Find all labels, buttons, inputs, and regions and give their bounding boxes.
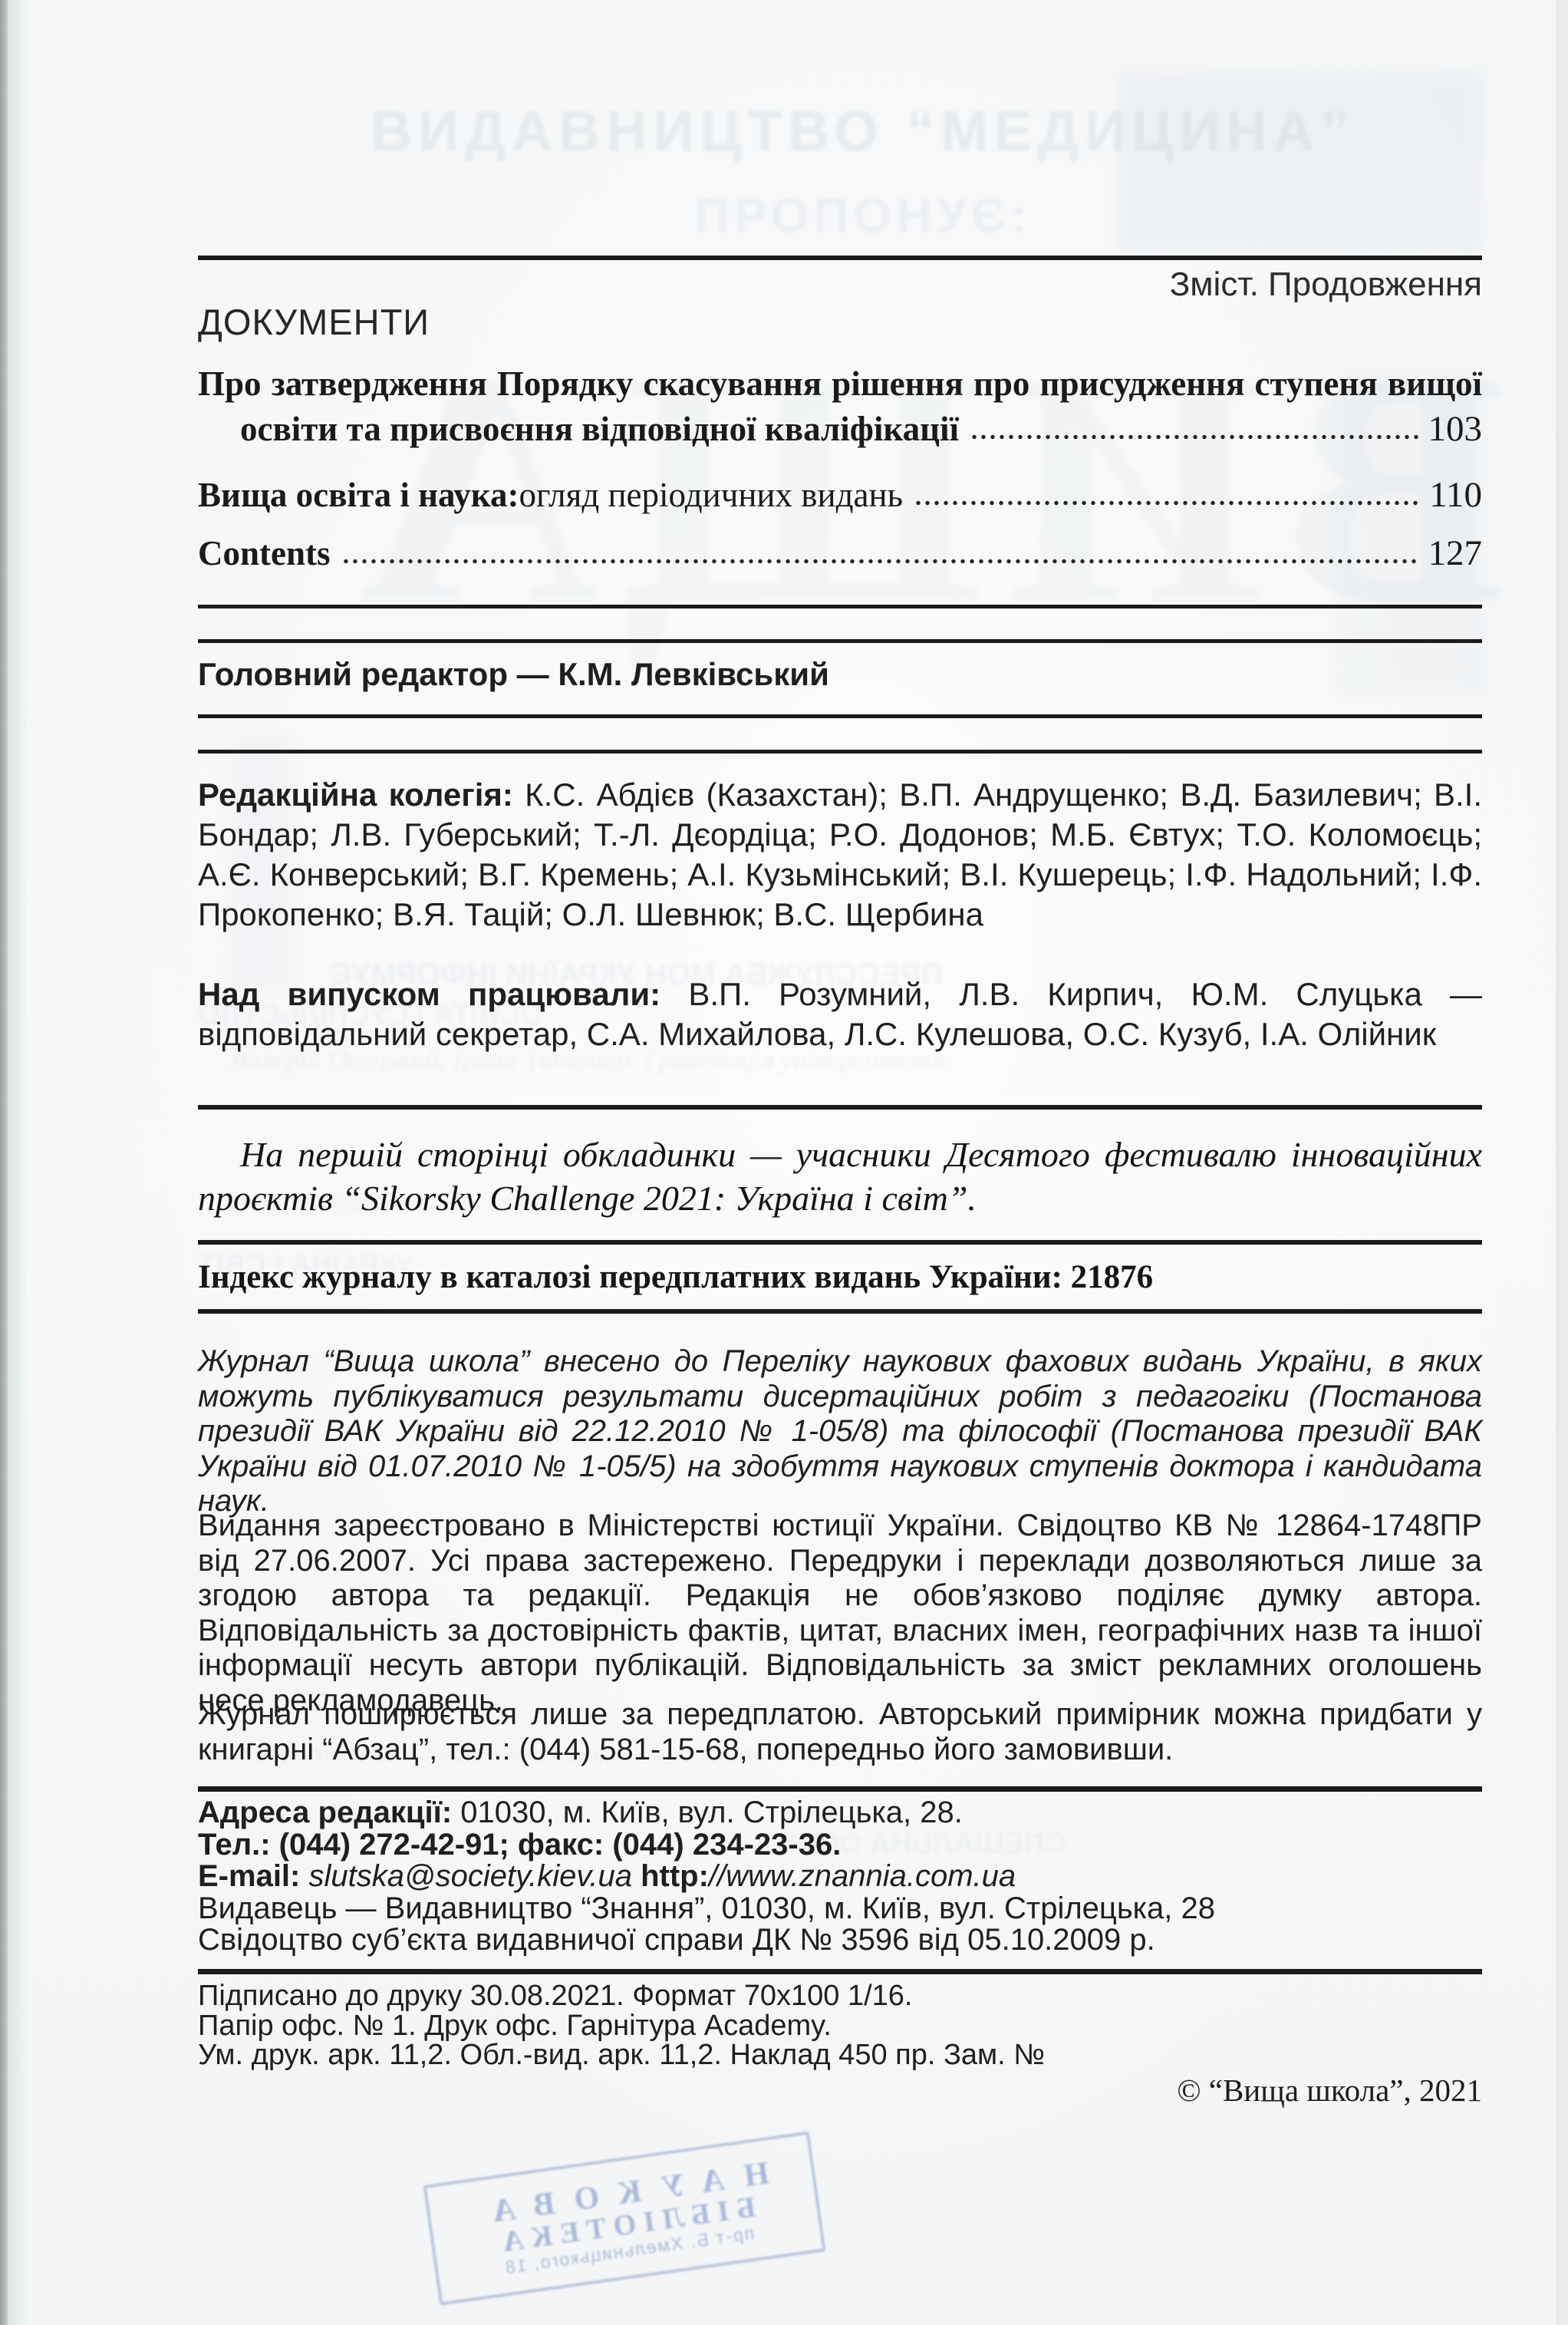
issue-staff-paragraph: Над випуском працювали: В.П. Розумний, Л… [198,975,1482,1054]
stamp-line-2: БІБЛІОТЕКА [476,2190,776,2262]
editorial-board-label: Редакційна колегія: [198,777,513,813]
phone-fax-value: Тел.: (044) 272-42-91; факс: (044) 234-2… [198,1828,841,1862]
cover-note: На першій сторінці обкладинки — учасники… [198,1133,1482,1220]
divider-rule [198,605,1482,608]
toc-continuation-label: Зміст. Продовження [198,265,1482,304]
copyright-line: © “Вища школа”, 2021 [198,2072,1482,2109]
contacts-block: Адреса редакції: 01030, м. Київ, вул. Ст… [198,1797,1482,1957]
toc-entry-1-line-1: Про затвердження Порядку скасування ріше… [198,364,1482,404]
issue-staff-label: Над випуском працювали: [198,976,660,1012]
divider-rule [198,1969,1482,1974]
website-url: //www.znannia.com.ua [709,1859,1016,1893]
toc-entry-title: Contents [198,533,331,573]
print-imprint-block: Підписано до друку 30.08.2021. Формат 70… [198,1981,1482,2070]
registration-rights-note: Видання зареєстровано в Міністерстві юст… [198,1509,1482,1718]
email-address: slutska@society.kiev.ua [300,1859,632,1893]
publisher-line: Видавець — Видавництво “Знання”, 01030, … [198,1893,1482,1925]
email-website-line: E-mail: slutska@society.kiev.ua http://w… [198,1861,1482,1893]
divider-rule [198,750,1482,754]
bleedthrough-publisher-line: ВИДАВНИЦТВО “МЕДИЦИНА” [276,98,1450,163]
dot-leader [341,558,1421,565]
professional-register-note: Журнал “Вища школа” внесено до Переліку … [198,1344,1482,1519]
divider-rule [198,639,1482,643]
toc-page-number: 103 [1428,408,1483,450]
toc-page-number: 110 [1429,474,1482,516]
divider-rule [198,1105,1482,1110]
journal-imprint-page: ВИДАВНИЦТВО “МЕДИЦИНА” ПРОПОНУЄ: ВИЩА ПР… [0,0,1568,2325]
print-date-format-line: Підписано до друку 30.08.2021. Формат 70… [198,1981,1482,2011]
editorial-address-line: Адреса редакції: 01030, м. Київ, вул. Ст… [198,1797,1482,1829]
bleedthrough-block [1116,71,1483,253]
toc-entry-2: Вища освіта і наука: огляд періодичних в… [198,474,1482,516]
email-label: E-mail: [198,1859,300,1893]
bleedthrough-offers-line: ПРОПОНУЄ: [276,187,1450,244]
subscription-index-line: Індекс журналу в каталозі передплатних в… [198,1258,1482,1296]
sheets-circulation-line: Ум. друк. арк. 11,2. Обл.-вид. арк. 11,2… [198,2040,1482,2070]
divider-rule [198,1786,1482,1792]
toc-entry-title: освіти та присвоєння відповідної кваліфі… [240,409,959,449]
address-value: 01030, м. Київ, вул. Стрілецька, 28. [452,1796,963,1829]
publisher-certificate-line: Свідоцтво суб’єкта видавничої справи ДК … [198,1924,1482,1957]
top-rule [198,256,1482,260]
library-stamp-text: НАУКОВА БІБЛІОТЕКА пр-т Б. Хмельницького… [470,2156,778,2280]
phone-fax-line: Тел.: (044) 272-42-91; факс: (044) 234-2… [198,1829,1482,1862]
toc-entry-subtitle: огляд періодичних видань [519,475,904,515]
stamp-line-3: пр-т Б. Хмельницького, 18 [479,2220,778,2280]
toc-entry-1-line-2: освіти та присвоєння відповідної кваліфі… [198,408,1482,450]
toc-entry-3: Contents 127 [198,533,1482,574]
distribution-note: Журнал поширюється лише за передплатою. … [198,1697,1482,1767]
scan-edge-right [1556,0,1568,2325]
paper-typeface-line: Папір офс. № 1. Друк офс. Гарнітура Acad… [198,2011,1482,2041]
stamp-line-1: НАУКОВА [470,2156,771,2231]
divider-rule [198,714,1482,718]
scan-edge-left-inner [8,0,28,2325]
divider-rule [198,1309,1482,1314]
editorial-board-paragraph: Редакційна колегія: К.С. Абдієв (Казахст… [198,775,1482,935]
section-title: ДОКУМЕНТИ [198,301,1482,343]
scan-edge-left-outer [0,0,8,2325]
chief-editor-line: Головний редактор — К.М. Левківський [198,656,1482,693]
toc-page-number: 127 [1428,533,1483,574]
dot-leader [970,434,1420,440]
http-label: http: [632,1859,709,1893]
dot-leader [914,500,1421,506]
divider-rule [198,1240,1482,1245]
library-stamp-bleedthrough: НАУКОВА БІБЛІОТЕКА пр-т Б. Хмельницького… [423,2131,825,2305]
toc-entry-title: Вища освіта і наука: [198,475,519,515]
address-label: Адреса редакції: [198,1796,452,1829]
